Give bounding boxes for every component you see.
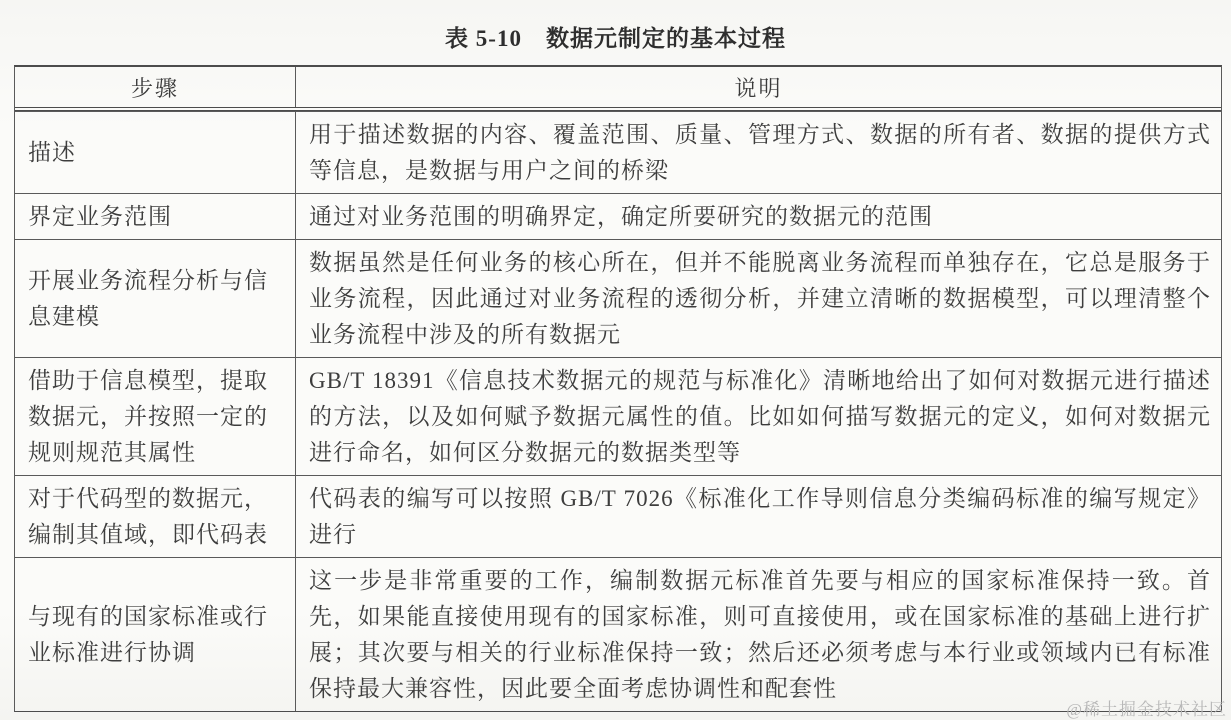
table-row: 与现有的国家标准或行业标准进行协调 这一步是非常重要的工作，编制数据元标准首先要… [15, 557, 1221, 711]
page-title: 表 5-10 数据元制定的基本过程 [0, 20, 1231, 53]
table-row: 开展业务流程分析与信息建模 数据虽然是任何业务的核心所在，但并不能脱离业务流程而… [15, 239, 1221, 357]
process-table: 步骤 说明 描述 用于描述数据的内容、覆盖范围、质量、管理方式、数据的所有者、数… [14, 65, 1222, 712]
table-row: 对于代码型的数据元，编制其值域，即代码表 代码表的编写可以按照 GB/T 702… [15, 475, 1221, 557]
header-cell-step: 步骤 [15, 67, 296, 107]
description-cell: 数据虽然是任何业务的核心所在，但并不能脱离业务流程而单独存在，它总是服务于业务流… [296, 240, 1221, 357]
description-cell: GB/T 18391《信息技术数据元的规范与标准化》清晰地给出了如何对数据元进行… [296, 358, 1221, 475]
table-row: 描述 用于描述数据的内容、覆盖范围、质量、管理方式、数据的所有者、数据的提供方式… [15, 111, 1221, 193]
table-row: 界定业务范围 通过对业务范围的明确界定，确定所要研究的数据元的范围 [15, 193, 1221, 239]
scanned-page: 表 5-10 数据元制定的基本过程 步骤 说明 描述 用于描述数据的内容、覆盖范… [0, 0, 1231, 720]
step-cell: 借助于信息模型，提取数据元，并按照一定的规则规范其属性 [15, 358, 296, 475]
step-cell: 对于代码型的数据元，编制其值域，即代码表 [15, 476, 296, 557]
description-cell: 用于描述数据的内容、覆盖范围、质量、管理方式、数据的所有者、数据的提供方式等信息… [296, 112, 1221, 193]
step-cell: 界定业务范围 [15, 194, 296, 239]
description-cell: 这一步是非常重要的工作，编制数据元标准首先要与相应的国家标准保持一致。首先，如果… [296, 558, 1221, 711]
step-cell: 描述 [15, 112, 296, 193]
step-cell: 与现有的国家标准或行业标准进行协调 [15, 558, 296, 711]
description-cell: 通过对业务范围的明确界定，确定所要研究的数据元的范围 [296, 194, 1221, 239]
description-cell: 代码表的编写可以按照 GB/T 7026《标准化工作导则信息分类编码标准的编写规… [296, 476, 1221, 557]
header-cell-description: 说明 [296, 67, 1221, 107]
watermark: @稀土掘金技术社区 [1066, 695, 1227, 720]
table-row: 借助于信息模型，提取数据元，并按照一定的规则规范其属性 GB/T 18391《信… [15, 357, 1221, 475]
step-cell: 开展业务流程分析与信息建模 [15, 240, 296, 357]
table-header-row: 步骤 说明 [15, 67, 1221, 111]
